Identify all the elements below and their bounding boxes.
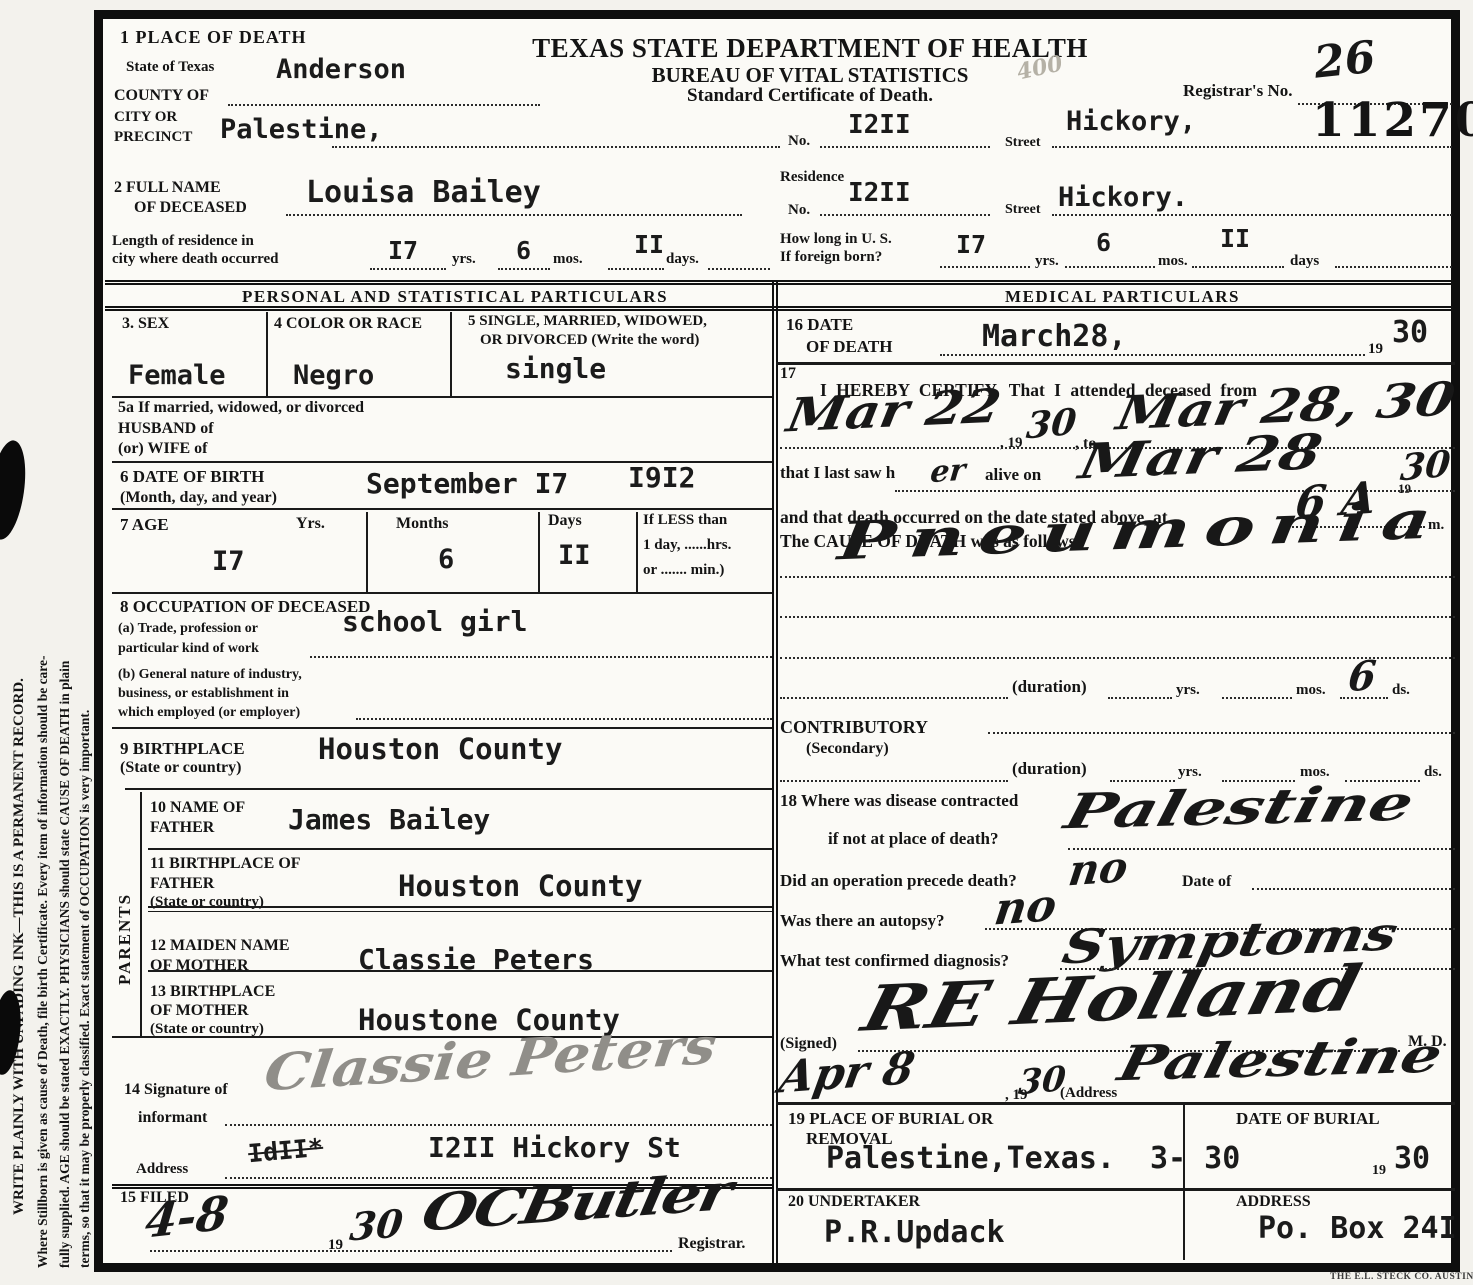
yrs-label: yrs. (1035, 254, 1059, 270)
informant-label-2: informant (138, 1110, 207, 1127)
age-less-label-1: If LESS than (643, 513, 727, 529)
duration-ds-value: 6 (1346, 656, 1377, 699)
age-days-value: II (558, 542, 591, 569)
operation-date-label: Date of (1182, 874, 1231, 891)
duration-mos-label: mos. (1296, 683, 1326, 699)
autopsy-value: no (992, 884, 1059, 933)
divider (148, 911, 772, 912)
death-date-year-prefix: 19 (1368, 342, 1383, 358)
disease-contracted-label-1: 18 Where was disease contracted (780, 792, 1018, 810)
house-no-label: No. (788, 134, 810, 150)
last-saw-date-value: Mar 28 (1075, 428, 1326, 487)
cell-divider (1183, 1188, 1185, 1260)
dotted-line (780, 616, 1455, 618)
dotted-line (332, 146, 780, 148)
sex-label: 3. SEX (122, 316, 169, 333)
burial-year-prefix: 19 (1372, 1164, 1386, 1179)
father-name-value: James Bailey (288, 806, 490, 834)
attended-from-year-prefix: , 19 (1000, 436, 1023, 452)
autopsy-label: Was there an autopsy? (780, 912, 945, 930)
residence-street-value: Hickory. (1058, 184, 1188, 211)
duration-label: (duration) (1012, 678, 1087, 696)
divider (776, 1102, 1455, 1105)
street-label: Street (1005, 136, 1041, 151)
father-name-label-1: 10 NAME OF (150, 800, 245, 817)
informant-address-label: Address (136, 1162, 188, 1178)
dotted-line (820, 214, 990, 216)
birthplace-label-2: (State or country) (120, 760, 241, 777)
spouse-label-2: HUSBAND of (118, 421, 214, 438)
dotted-line (1108, 697, 1172, 699)
margin-note-line4: terms, so that it may be properly classi… (78, 710, 92, 1268)
dotted-line (498, 268, 550, 270)
dotted-line (940, 266, 1030, 268)
father-birthplace-label-1: 11 BIRTHPLACE OF (150, 856, 301, 873)
birthplace-label-1: 9 BIRTHPLACE (120, 740, 245, 758)
operation-label: Did an operation precede death? (780, 872, 1017, 890)
dotted-line (780, 780, 1008, 782)
mother-name-label-2: OF MOTHER (150, 958, 249, 975)
mos-label: mos. (1158, 254, 1188, 270)
parents-box-divider (140, 792, 142, 1036)
house-no-value: I2II (848, 112, 911, 138)
divider (112, 727, 772, 729)
city-value: Palestine, (220, 116, 383, 143)
us-length-days: II (1220, 226, 1250, 251)
undertaker-address-value: Po. Box 24I (1258, 1214, 1457, 1244)
place-of-death-title: 1 PLACE OF DEATH (120, 28, 307, 47)
certify-number: 17 (780, 366, 796, 383)
mother-birthplace-label-2: OF MOTHER (150, 1003, 249, 1020)
mother-name-label-1: 12 MAIDEN NAME (150, 938, 290, 955)
registrar-label: Registrar. (678, 1236, 745, 1253)
marital-label-2: OR DIVORCED (Write the word) (480, 333, 699, 349)
mos-label: mos. (553, 252, 583, 268)
informant-address-value: I2II Hickory St (428, 1134, 681, 1162)
dob-label-1: 6 DATE OF BIRTH (120, 468, 264, 486)
birthplace-value: Houston County (318, 735, 562, 764)
divider (148, 848, 772, 850)
residence-length-months: 6 (516, 238, 531, 263)
divider (148, 970, 772, 972)
cell-divider (266, 312, 268, 396)
marital-label-1: 5 SINGLE, MARRIED, WIDOWED, (468, 314, 707, 330)
personal-section-header: PERSONAL AND STATISTICAL PARTICULARS (140, 288, 770, 306)
age-months-value: 6 (438, 546, 454, 573)
race-value: Negro (293, 362, 374, 389)
residence-length-years: I7 (388, 238, 418, 263)
undertaker-address-label: ADDRESS (1236, 1194, 1311, 1211)
marital-value: single (505, 355, 606, 383)
death-date-label-2: OF DEATH (806, 338, 892, 356)
age-yrs-value: I7 (212, 548, 245, 575)
yrs-label: yrs. (452, 252, 476, 268)
margin-note-line2: Where Stillborn is given as cause of Dea… (36, 655, 50, 1268)
attended-from-year-value: 30 (1025, 404, 1078, 445)
undertaker-value: P.R.Updack (824, 1218, 1005, 1248)
dotted-line (370, 268, 446, 270)
full-name-label-1: 2 FULL NAME (114, 180, 221, 197)
death-date-value: March28, (982, 322, 1127, 352)
dotted-line (708, 268, 770, 270)
dotted-line (356, 718, 772, 720)
last-saw-label: that I last saw h (780, 464, 895, 482)
burial-place-label-1: 19 PLACE OF BURIAL OR (788, 1110, 993, 1128)
occupation-value: school girl (342, 608, 527, 636)
divider (112, 396, 772, 398)
undertaker-label: 20 UNDERTAKER (788, 1194, 920, 1211)
residence-street-label: Street (1005, 203, 1041, 218)
dotted-line (150, 1250, 672, 1252)
medical-section-header: MEDICAL PARTICULARS (800, 288, 1445, 306)
header-certificate-title: Standard Certificate of Death. (600, 86, 1020, 106)
age-days-label: Days (548, 513, 582, 530)
dotted-line (225, 1124, 772, 1126)
divider (125, 788, 772, 790)
dotted-line (780, 576, 1455, 578)
residence-length-label-1: Length of residence in (112, 234, 254, 250)
us-length-years: I7 (956, 232, 986, 257)
divider (776, 1188, 1455, 1191)
occupation-label: 8 OCCUPATION OF DECEASED (120, 598, 370, 616)
contributory-secondary-label: (Secondary) (806, 741, 889, 758)
dotted-line (1192, 266, 1284, 268)
ink-blot (0, 438, 31, 542)
divider (105, 280, 1453, 285)
us-length-label-2: If foreign born? (780, 250, 882, 266)
duration-ds-label: ds. (1424, 765, 1442, 781)
age-less-label-2: 1 day, ......hrs. (643, 538, 731, 554)
disease-contracted-value: Palestine (1060, 779, 1418, 836)
certificate-number-stamp: 11270 (1312, 96, 1473, 145)
us-length-months: 6 (1096, 230, 1111, 255)
cell-divider (636, 512, 638, 592)
informant-address-smudge: IdII* (247, 1135, 324, 1166)
city-label-2: PRECINCT (114, 130, 192, 146)
county-label: COUNTY OF (114, 88, 209, 105)
city-label-1: CITY OR (114, 110, 177, 126)
disease-contracted-label-2: if not at place of death? (828, 830, 998, 848)
days-label: days. (666, 252, 699, 268)
dotted-line (780, 697, 1008, 699)
duration-yrs-label: yrs. (1176, 683, 1200, 699)
divider (112, 508, 772, 510)
occupation-b-label-3: which employed (or employer) (118, 706, 300, 721)
divider (148, 906, 772, 908)
last-saw-year-value: 30 (1399, 446, 1452, 487)
parents-side-label: PARENTS (116, 893, 134, 985)
death-date-label-1: 16 DATE (786, 316, 853, 334)
residence-no-label: No. (788, 203, 810, 219)
county-value: Anderson (276, 56, 406, 83)
age-yrs-label: Yrs. (296, 516, 325, 533)
mother-birthplace-label-1: 13 BIRTHPLACE (150, 984, 275, 1001)
operation-value: no (1066, 846, 1130, 893)
occupation-a-label-1: (a) Trade, profession or (118, 622, 258, 637)
sign-date-value: Apr 8 (776, 1047, 918, 1101)
dotted-line (820, 146, 990, 148)
dob-value: September I7 (366, 470, 568, 498)
registrar-no-label: Registrar's No. (1183, 82, 1293, 100)
duration-label: (duration) (1012, 760, 1087, 778)
full-name-label-2: OF DECEASED (134, 200, 247, 217)
dob-label-2: (Month, day, and year) (120, 490, 277, 507)
death-date-year-value: 30 (1392, 318, 1428, 348)
burial-place-value: Palestine,Texas. (826, 1144, 1115, 1174)
residence-length-days: II (634, 232, 664, 257)
sign-address-label: (Address (1060, 1086, 1117, 1102)
dotted-line (1252, 888, 1455, 890)
father-birthplace-label-2: FATHER (150, 876, 214, 893)
margin-note-line1: WRITE PLAINLY WITH UNFADING INK—THIS IS … (12, 678, 28, 1215)
registrar-no-value: 26 (1312, 36, 1377, 86)
burial-date-label: DATE OF BURIAL (1236, 1110, 1380, 1128)
divider (112, 592, 772, 594)
header-bureau: BUREAU OF VITAL STATISTICS (560, 64, 1060, 86)
dob-year-value: I9I2 (628, 464, 695, 492)
margin-note-line3: fully supplied. AGE should be stated EXA… (58, 661, 72, 1268)
father-birthplace-value: Houston County (398, 872, 642, 901)
age-months-label: Months (396, 516, 448, 533)
race-label: 4 COLOR OR RACE (274, 316, 422, 333)
dotted-line (1052, 146, 1452, 148)
sex-value: Female (128, 362, 226, 389)
sign-address-value: Palestine (1114, 1031, 1447, 1088)
contributory-label: CONTRIBUTORY (780, 718, 928, 737)
filed-date-value: 4-8 (143, 1189, 231, 1244)
cell-divider (538, 512, 540, 592)
spouse-label-3: (or) WIFE of (118, 441, 207, 458)
dotted-line (228, 104, 540, 106)
age-less-label-3: or ....... min.) (643, 563, 724, 579)
full-name-value: Louisa Bailey (306, 178, 541, 208)
cell-divider (366, 512, 368, 592)
age-label: 7 AGE (120, 516, 169, 534)
filed-year-value: 30 (348, 1204, 405, 1246)
death-certificate-scan: WRITE PLAINLY WITH UNFADING INK—THIS IS … (0, 0, 1473, 1285)
dotted-line (1335, 266, 1452, 268)
last-saw-her-value: er (929, 456, 967, 489)
father-birthplace-label-3: (State or country) (150, 895, 264, 911)
occupation-b-label-1: (b) General nature of industry, (118, 668, 302, 683)
dotted-line (608, 268, 664, 270)
us-length-label-1: How long in U. S. (780, 232, 892, 248)
dotted-line (310, 656, 772, 658)
burial-year-value: 30 (1394, 1144, 1430, 1174)
residence-no-value: I2II (848, 180, 911, 206)
dotted-line (1222, 697, 1292, 699)
attended-from-value: Mar 22 (784, 382, 1005, 438)
informant-label-1: 14 Signature of (124, 1082, 228, 1099)
residence-length-label-2: city where death occurred (112, 252, 279, 268)
column-divider (772, 280, 778, 1263)
alive-on-label: alive on (985, 466, 1041, 484)
spouse-label-1: 5a If married, widowed, or divorced (118, 400, 364, 417)
dotted-line (286, 214, 742, 216)
duration-ds-label: ds. (1392, 683, 1410, 699)
occupation-b-label-2: business, or establishment in (118, 687, 289, 702)
burial-date-value: 3- 30 (1150, 1144, 1240, 1174)
occupation-a-label-2: particular kind of work (118, 642, 259, 657)
father-name-label-2: FATHER (150, 820, 214, 837)
dotted-line (1065, 266, 1155, 268)
street-value: Hickory, (1066, 108, 1196, 135)
residence-label: Residence (780, 170, 844, 186)
printer-credit: THE E.L. STECK CO. AUSTIN. (1330, 1273, 1473, 1283)
days-label: days (1290, 254, 1319, 270)
divider (105, 306, 1453, 311)
dotted-line (940, 354, 1365, 356)
cell-divider (450, 312, 452, 396)
duration-yrs-label: yrs. (1178, 765, 1202, 781)
dotted-line (1340, 697, 1388, 699)
dotted-line (1052, 214, 1452, 216)
state-label: State of Texas (126, 60, 214, 76)
dotted-line (988, 732, 1455, 734)
divider (776, 362, 1455, 365)
